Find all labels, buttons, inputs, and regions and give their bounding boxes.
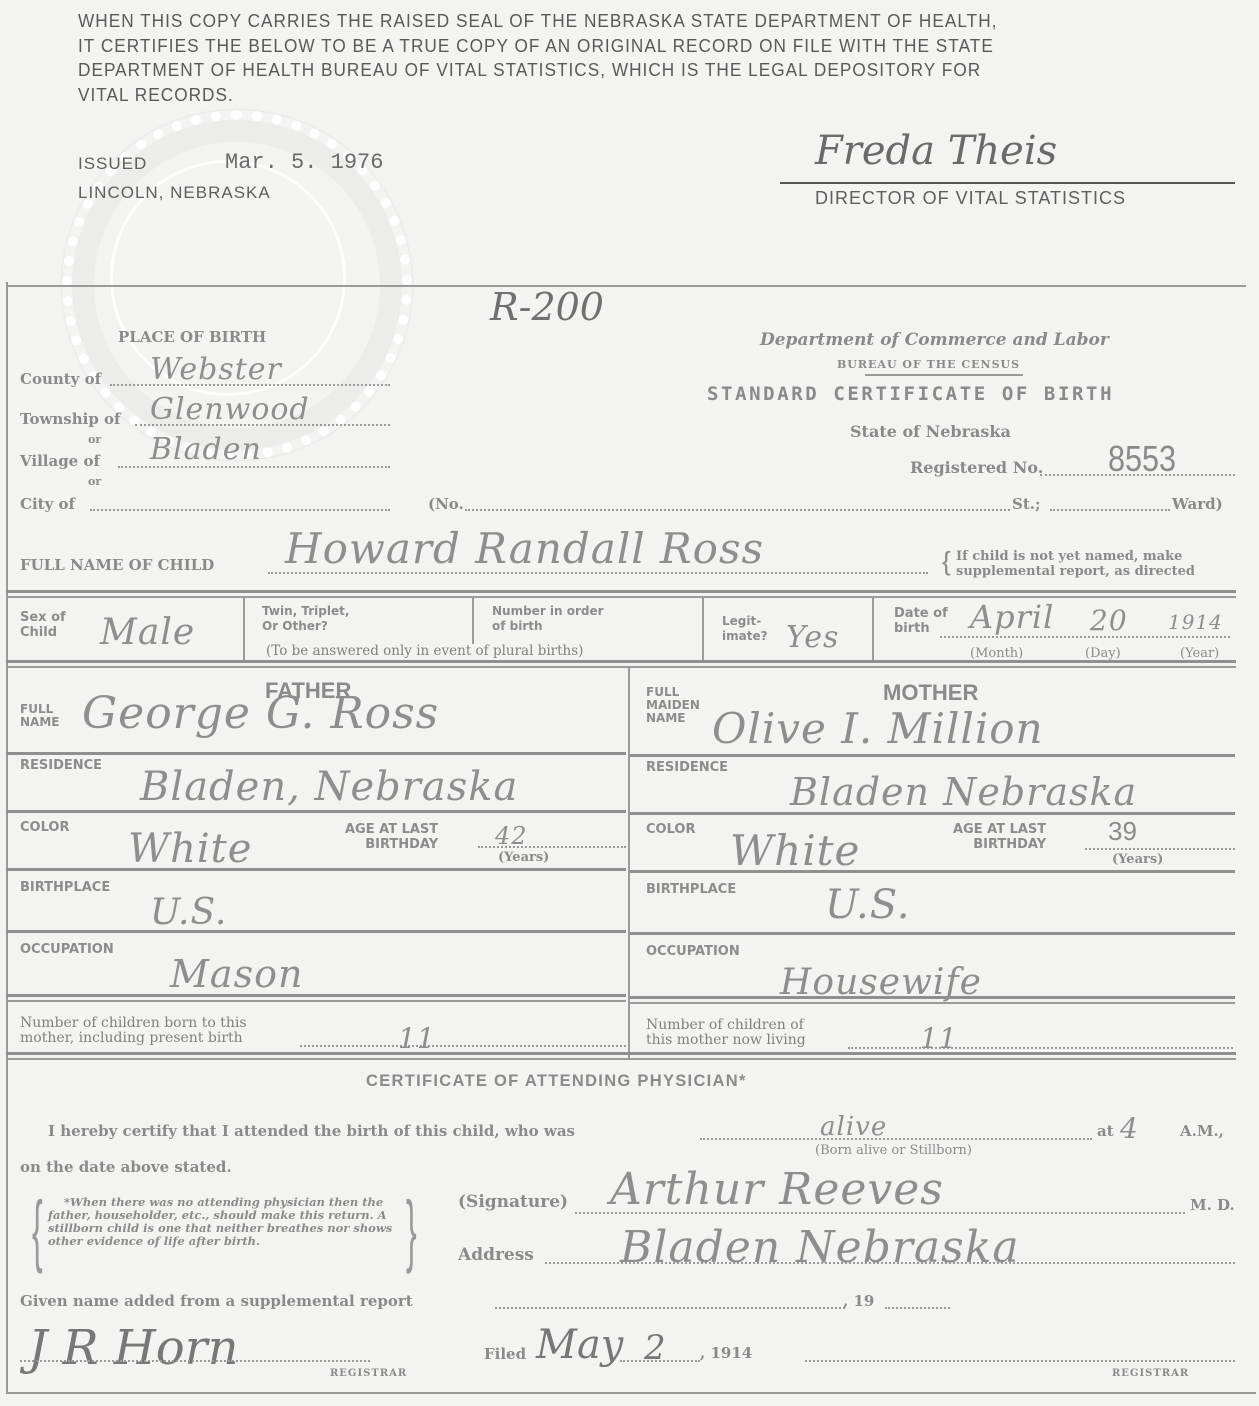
street-label: St.; [1012,495,1041,513]
year-caption: (Year) [1180,646,1219,661]
form-bottom-border [6,1392,1256,1394]
mother-birthplace-value: U.S. [825,882,910,928]
at-label: at [1097,1122,1114,1140]
dob-day: 20 [1090,604,1128,637]
ward-field-line [1050,509,1170,511]
children-born-value: 11 [398,1022,436,1055]
certify-statement: I hereby certify that I attended the bir… [48,1122,575,1140]
file-note: R-200 [490,285,604,329]
mother-residence-label: RESIDENCE [646,760,728,775]
township-value: Glenwood [150,392,310,427]
cell-divider [472,598,474,644]
day-caption: (Day) [1085,646,1121,661]
father-name-label: FULL NAME [20,703,59,729]
state-registrar-line [805,1360,1235,1362]
issued-place: LINCOLN, NEBRASKA [78,183,271,203]
mother-color-label: COLOR [646,822,695,837]
dob-line [940,636,1230,638]
certification-line: WHEN THIS COPY CARRIES THE RAISED SEAL O… [78,9,997,34]
filed-year: , 1914 [700,1344,752,1362]
certification-line: IT CERTIFIES THE BELOW TO BE A TRUE COPY… [78,34,997,59]
father-color-value: White [128,826,252,872]
legitimate-value: Yes [786,620,839,655]
mother-age-label: AGE AT LAST BIRTHDAY [953,822,1046,852]
father-color-label: COLOR [20,820,69,835]
street-number-label: (No. [428,495,464,513]
children-living-line [848,1047,1233,1049]
or-label: or [88,433,101,446]
row-line [630,1002,1235,1004]
row-line [630,932,1235,935]
unnamed-child-note: If child is not yet named, make suppleme… [956,549,1195,579]
cell-divider [872,598,874,662]
city-field-line [90,509,390,511]
certificate-title: STANDARD CERTIFICATE OF BIRTH [707,383,1114,405]
row-line [6,930,626,933]
county-value: Webster [150,352,282,387]
footnote-brace-right-icon: } [406,1190,417,1270]
state-registrar-label: REGISTRAR [1112,1368,1189,1379]
physician-address: Bladen Nebraska [620,1222,1020,1273]
born-status-caption: (Born alive or Stillborn) [815,1143,972,1158]
bureau-underline [865,374,1023,376]
physician-signature: Arthur Reeves [610,1164,944,1215]
department-name: Department of Commerce and Labor [760,330,1109,350]
divider [6,1052,1236,1055]
date-statement: on the date above stated. [20,1158,232,1176]
row-line [630,754,1235,757]
divider [6,590,1236,593]
physician-certificate-heading: CERTIFICATE OF ATTENDING PHYSICIAN* [366,1072,747,1091]
mother-age-value: 39 [1108,816,1137,847]
given-name-label: Given name added from a supplemental rep… [20,1292,413,1310]
father-age-value: 42 [495,822,528,850]
plural-births-note: (To be answered only in event of plural … [266,643,583,659]
children-born-label: Number of children born to this mother, … [20,1016,247,1046]
local-registrar-label: REGISTRAR [330,1368,407,1379]
children-living-value: 11 [920,1022,958,1055]
ward-label: Ward) [1172,495,1223,513]
row-line [630,812,1235,815]
father-age-label: AGE AT LAST BIRTHDAY [345,822,438,852]
filed-month: May [536,1322,623,1368]
bureau-name: BUREAU OF THE CENSUS [837,358,1020,371]
form-top-border [6,285,1246,287]
row-line [6,1000,626,1002]
mother-name-value: Olive I. Million [712,704,1044,753]
mother-birthplace-label: BIRTHPLACE [646,882,736,897]
child-name-label: FULL NAME OF CHILD [20,556,214,574]
father-birthplace-label: BIRTHPLACE [20,880,110,895]
village-value: Bladen [150,432,262,467]
sex-label: Sex of Child [20,610,66,640]
row-line [6,994,626,997]
form-left-border [6,282,8,1392]
children-living-label: Number of children of this mother now li… [646,1018,806,1048]
sex-value: Male [100,612,195,653]
father-name-value: George G. Ross [82,688,439,739]
filed-label: Filed [484,1345,526,1363]
row-line [630,996,1235,999]
physician-footnote: *When there was no attending physician t… [48,1196,400,1248]
twin-label: Twin, Triplet, Or Other? [262,604,349,634]
issued-date: Mar. 5. 1976 [225,150,383,175]
certification-statement: WHEN THIS COPY CARRIES THE RAISED SEAL O… [78,9,997,107]
row-line [630,870,1235,873]
director-title: DIRECTOR OF VITAL STATISTICS [815,188,1126,209]
mother-age-line [1085,848,1235,850]
township-label: Township of [20,410,120,428]
date-of-birth-label: Date of birth [894,606,948,636]
mother-occupation-label: OCCUPATION [646,944,740,959]
issued-label: ISSUED [78,154,147,174]
brace-icon: { [942,546,951,577]
born-status-line [700,1138,1092,1140]
certification-line: DEPARTMENT OF HEALTH BUREAU OF VITAL STA… [78,58,997,83]
county-label: County of [20,370,101,388]
state-name: State of Nebraska [850,422,1011,441]
signature-label: (Signature) [458,1192,568,1212]
cell-divider [702,598,704,662]
registered-number: 8553 [1108,438,1176,480]
dob-year: 1914 [1168,610,1223,634]
registered-number-label: Registered No. [910,458,1043,477]
born-status-value: alive [820,1112,887,1142]
row-line [6,810,626,813]
address-label: Address [458,1245,534,1265]
father-residence-value: Bladen, Nebraska [140,764,518,810]
mother-age-caption: (Years) [1112,852,1163,867]
place-of-birth-heading: PLACE OF BIRTH [118,328,266,346]
parent-column-divider [628,668,630,1058]
children-born-line [300,1045,626,1047]
given-year-line [885,1307,950,1309]
divider [6,1058,1236,1060]
local-registrar-signature: J R Horn [28,1320,239,1376]
given-name-year-prefix: , 19 [843,1292,874,1310]
footnote-brace-left-icon: { [32,1190,43,1270]
father-residence-label: RESIDENCE [20,758,102,773]
filed-day: 2 [644,1328,666,1368]
mother-heading: MOTHER [883,680,978,706]
village-label: Village of [20,452,100,470]
row-line [6,868,626,871]
father-birthplace-value: U.S. [150,892,227,933]
director-signature: Freda Theis [815,128,1057,174]
city-label: City of [20,495,75,513]
certification-line: VITAL RECORDS. [78,83,997,108]
or-label: or [88,475,101,488]
father-age-caption: (Years) [498,850,549,865]
dob-month: April [970,598,1054,636]
mother-name-label: FULL MAIDEN NAME [646,686,700,725]
mother-color-value: White [730,826,860,875]
meridiem: A.M., [1180,1122,1224,1140]
local-registrar-line [20,1360,370,1362]
father-occupation-value: Mason [170,952,303,996]
signature-line [780,182,1235,184]
legitimate-label: Legit- imate? [722,614,768,644]
month-caption: (Month) [970,646,1023,661]
divider [6,666,1236,668]
street-field-line [465,509,1010,511]
birth-hour: 4 [1120,1112,1139,1145]
birth-order-label: Number in order of birth [492,604,604,634]
row-line [6,752,626,755]
md-label: M. D. [1190,1196,1235,1214]
divider [6,660,1236,663]
mother-residence-value: Bladen Nebraska [790,770,1137,814]
given-name-line [495,1307,845,1309]
child-name-value: Howard Randall Ross [285,524,764,573]
cell-divider [243,598,245,662]
father-occupation-label: OCCUPATION [20,942,114,957]
